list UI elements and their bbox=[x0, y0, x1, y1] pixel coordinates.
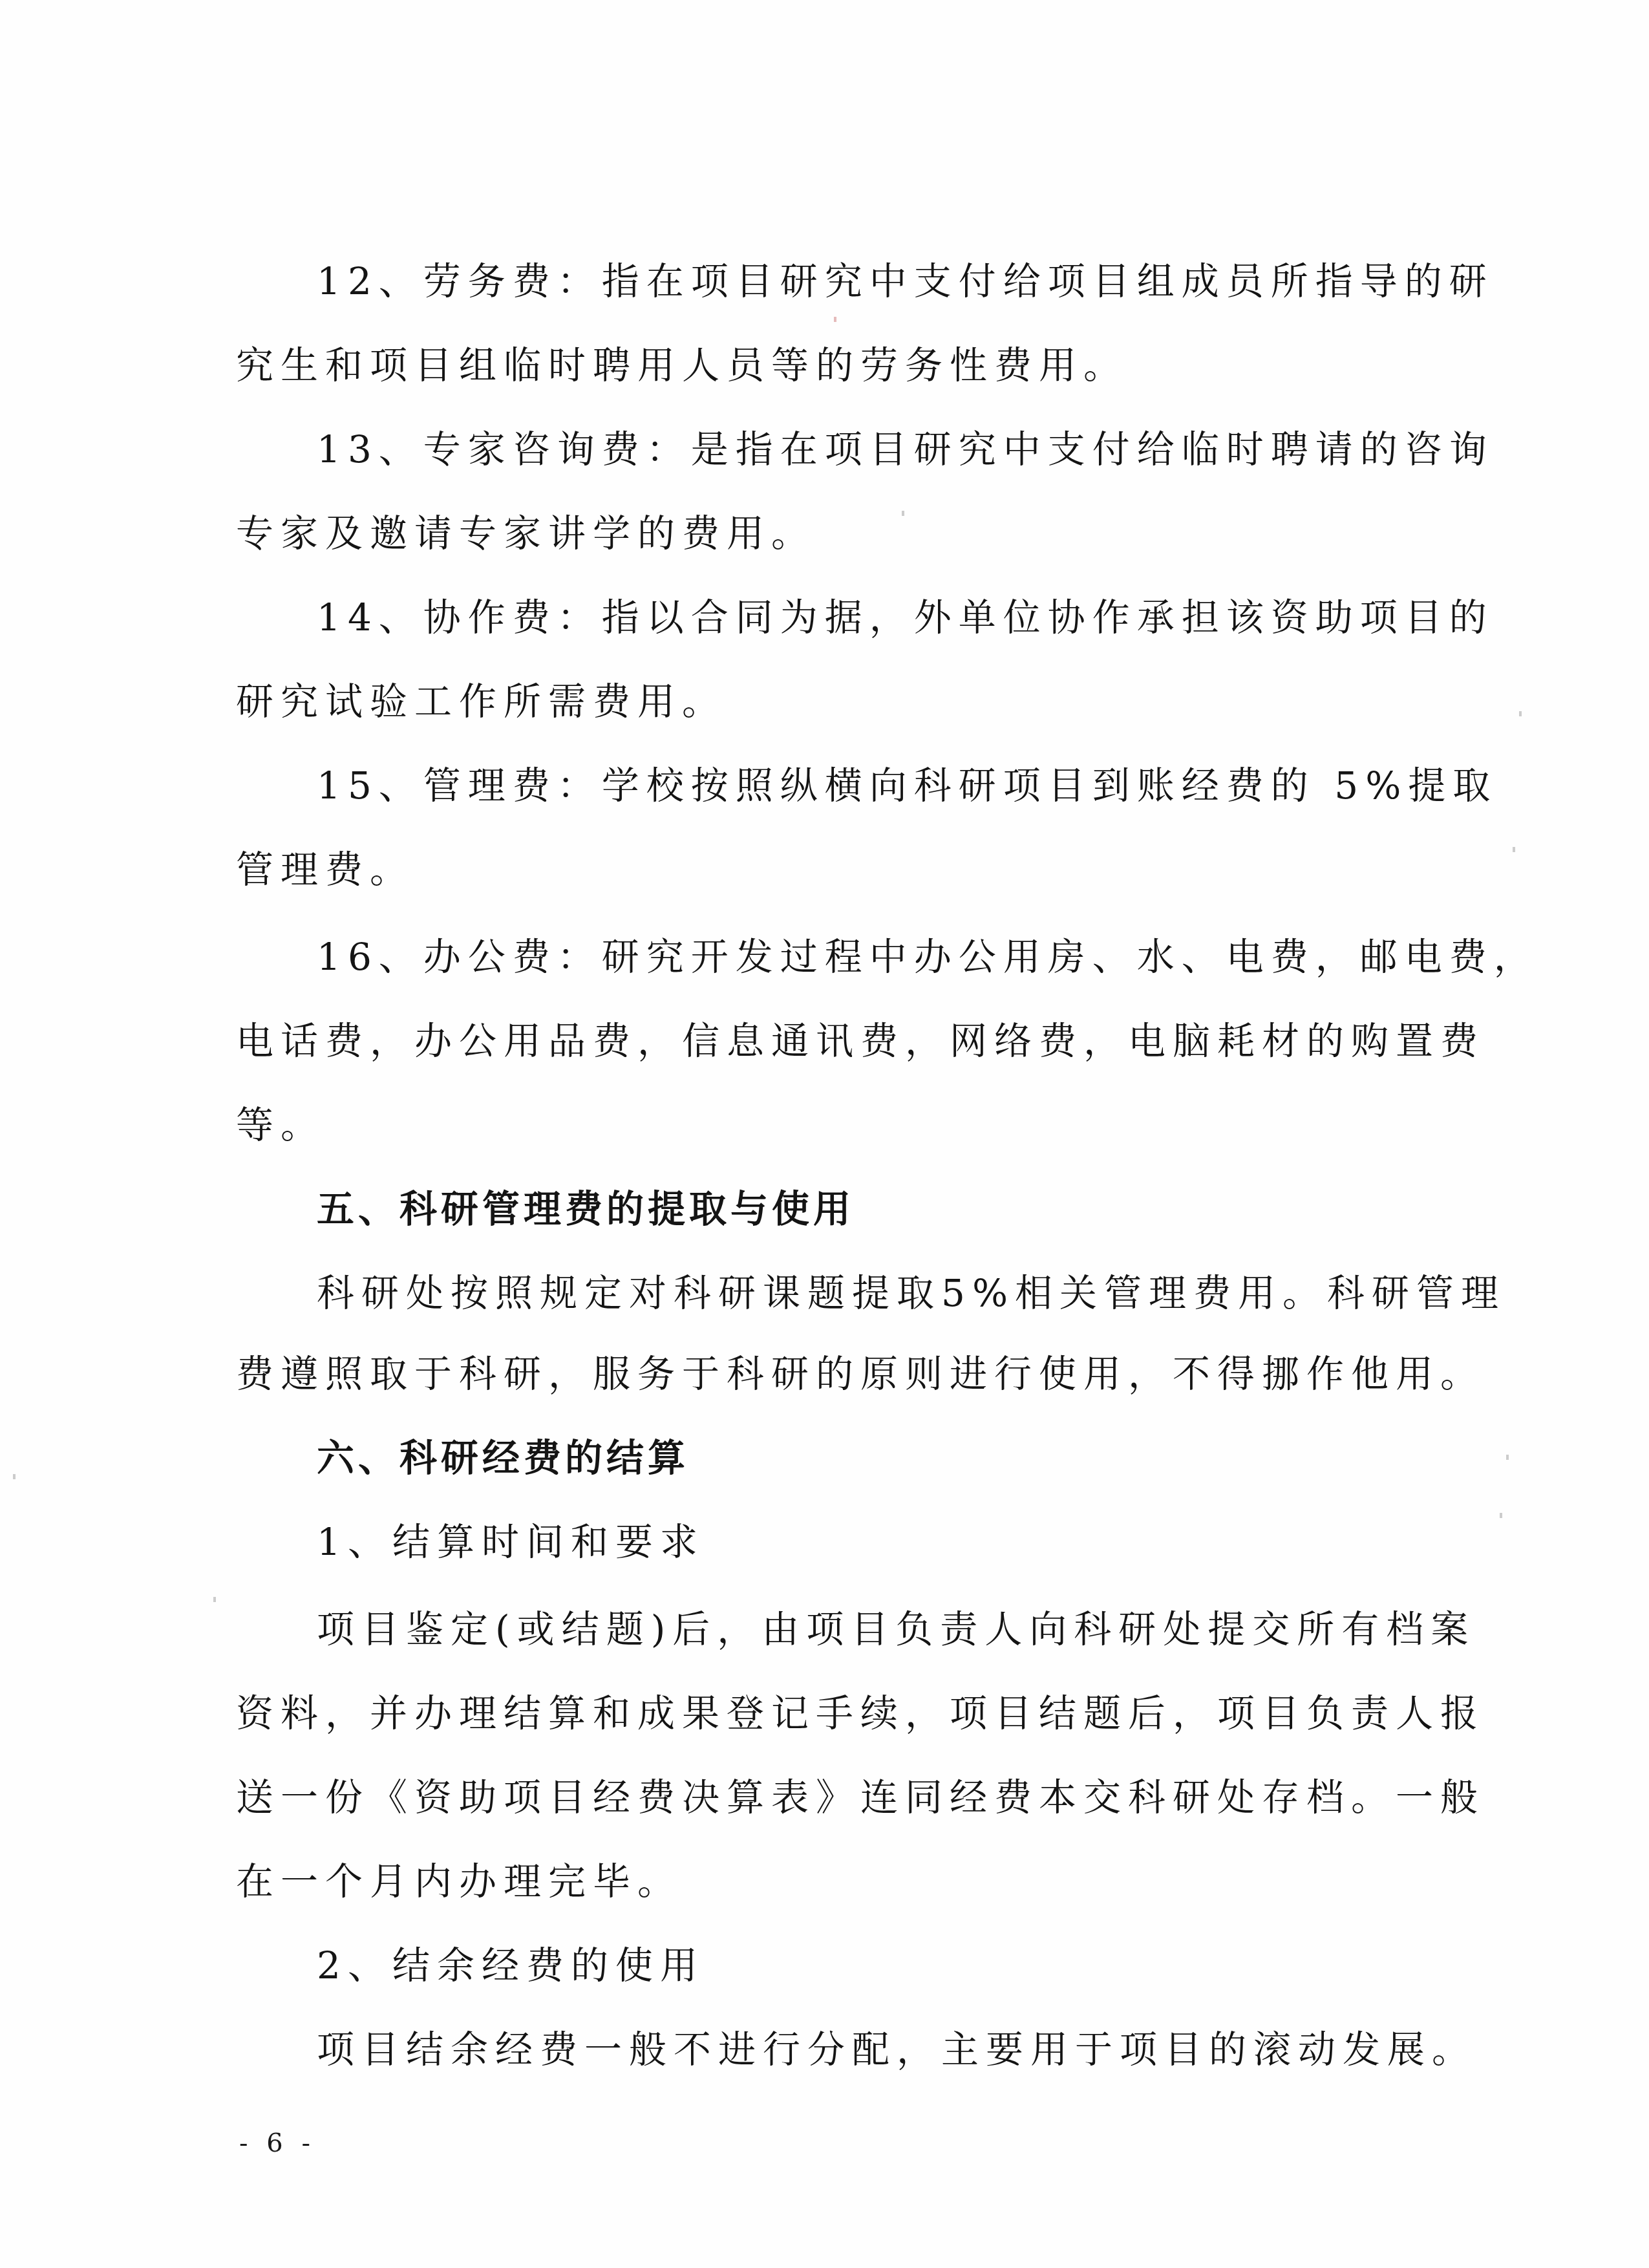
scan-speck bbox=[834, 317, 836, 322]
section-6-sub2-line-1: 项目结余经费一般不进行分配，主要用于项目的滚动发展。 bbox=[317, 2024, 1451, 2075]
scan-speck bbox=[13, 1474, 16, 1479]
item-14-line-1: 14、协作费：指以合同为据，外单位协作承担该资助项目的 bbox=[317, 592, 1451, 643]
section-6-sub1-line-3: 送一份《资助项目经费决算表》连同经费本交科研处存档。一般 bbox=[236, 1771, 1451, 1823]
scan-speck bbox=[1519, 711, 1522, 716]
item-16-line-2: 电话费，办公用品费，信息通讯费，网络费，电脑耗材的购置费 bbox=[236, 1015, 1451, 1067]
scan-speck bbox=[1500, 1513, 1502, 1518]
item-16-line-3: 等。 bbox=[236, 1099, 1451, 1151]
scan-speck bbox=[213, 1597, 216, 1602]
item-16-line-1: 16、办公费：研究开发过程中办公用房、水、电费，邮电费， bbox=[317, 931, 1451, 983]
scan-speck bbox=[902, 511, 904, 516]
item-12-line-1: 12、劳务费：指在项目研究中支付给项目组成员所指导的研 bbox=[317, 255, 1451, 307]
document-page: 12、劳务费：指在项目研究中支付给项目组成员所指导的研 究生和项目组临时聘用人员… bbox=[0, 0, 1649, 2268]
section-6-sub1-line-4: 在一个月内办理完毕。 bbox=[236, 1856, 1451, 1907]
section-6-sub2-title: 2、结余经费的使用 bbox=[317, 1940, 1451, 1991]
section-5-heading: 五、科研管理费的提取与使用 bbox=[317, 1183, 1451, 1235]
section-6-sub1-line-1: 项目鉴定(或结题)后，由项目负责人向科研处提交所有档案 bbox=[317, 1603, 1451, 1655]
scan-speck bbox=[1506, 1455, 1509, 1460]
section-6-heading: 六、科研经费的结算 bbox=[317, 1432, 1451, 1484]
scan-speck bbox=[1513, 847, 1515, 852]
section-5-line-1: 科研处按照规定对科研课题提取5%相关管理费用。科研管理 bbox=[317, 1267, 1451, 1319]
item-14-line-2: 研究试验工作所需费用。 bbox=[236, 676, 1451, 727]
section-5-line-2: 费遵照取于科研，服务于科研的原则进行使用，不得挪作他用。 bbox=[236, 1348, 1451, 1400]
item-15-line-1: 15、管理费：学校按照纵横向科研项目到账经费的 5%提取 bbox=[317, 760, 1451, 811]
item-15-line-2: 管理费。 bbox=[236, 844, 1451, 895]
item-13-line-1: 13、专家咨询费：是指在项目研究中支付给临时聘请的咨询 bbox=[317, 423, 1451, 475]
section-6-sub1-title: 1、结算时间和要求 bbox=[317, 1516, 1451, 1568]
item-12-line-2: 究生和项目组临时聘用人员等的劳务性费用。 bbox=[236, 339, 1451, 391]
section-6-sub1-line-2: 资料，并办理结算和成果登记手续，项目结题后，项目负责人报 bbox=[236, 1687, 1451, 1739]
page-number: - 6 - bbox=[239, 2127, 315, 2159]
item-13-line-2: 专家及邀请专家讲学的费用。 bbox=[236, 508, 1451, 559]
